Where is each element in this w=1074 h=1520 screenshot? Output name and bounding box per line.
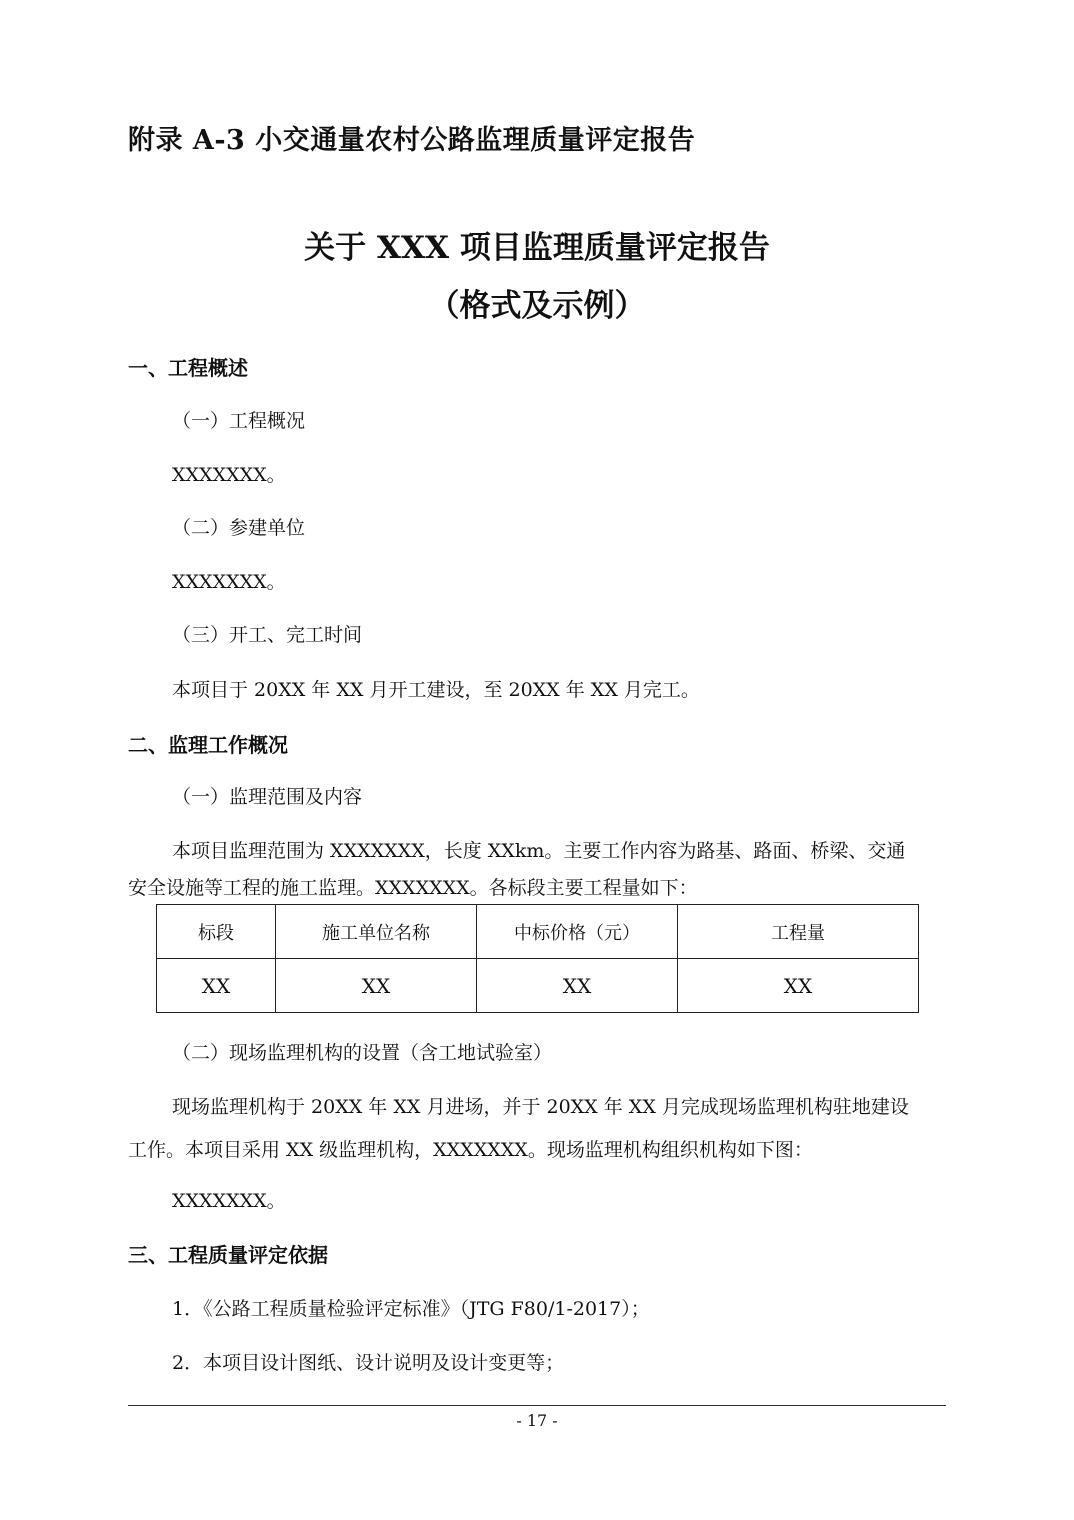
appendix-title: 附录 A-3 小交通量农村公路监理质量评定报告 <box>128 118 695 157</box>
table-cell: XX <box>678 959 919 1013</box>
subsection-heading-1-3: （三）开工、完工时间 <box>172 620 362 647</box>
page-number: - 17 - <box>0 1411 1074 1430</box>
table-header: 标段 <box>157 905 276 959</box>
paragraph-1-1: XXXXXXX。 <box>172 460 286 487</box>
subsection-heading-1-2: （二）参建单位 <box>172 513 305 540</box>
paragraph-2-2-line2: 工作。本项目采用 XX 级监理机构，XXXXXXX。现场监理机构组织机构如下图： <box>128 1135 813 1162</box>
section-heading-2: 二、监理工作概况 <box>128 729 288 758</box>
table-cell: XX <box>157 959 276 1013</box>
table-row: XX XX XX XX <box>157 959 919 1013</box>
table-header: 施工单位名称 <box>276 905 477 959</box>
paragraph-2-1-line2: 安全设施等工程的施工监理。XXXXXXX。各标段主要工程量如下： <box>128 873 698 900</box>
section-heading-3: 三、工程质量评定依据 <box>128 1239 328 1268</box>
section-heading-1: 一、工程概述 <box>128 352 248 381</box>
paragraph-1-3: 本项目于 20XX 年 XX 月开工建设，至 20XX 年 XX 月完工。 <box>172 675 700 702</box>
table-header: 中标价格（元） <box>477 905 678 959</box>
basis-item-2: 2．本项目设计图纸、设计说明及设计变更等； <box>172 1348 564 1375</box>
table-header-row: 标段 施工单位名称 中标价格（元） 工程量 <box>157 905 919 959</box>
table-header: 工程量 <box>678 905 919 959</box>
paragraph-1-2: XXXXXXX。 <box>172 567 286 594</box>
subsection-heading-2-2: （二）现场监理机构的设置（含工地试验室） <box>172 1038 552 1065</box>
subsection-heading-2-1: （一）监理范围及内容 <box>172 782 362 809</box>
footer-divider <box>128 1405 946 1406</box>
paragraph-2-2-line1: 现场监理机构于 20XX 年 XX 月进场，并于 20XX 年 XX 月完成现场… <box>172 1092 909 1119</box>
table-cell: XX <box>477 959 678 1013</box>
paragraph-2-2-line3: XXXXXXX。 <box>172 1186 286 1213</box>
table-cell: XX <box>276 959 477 1013</box>
document-subtitle: （格式及示例） <box>0 280 1074 325</box>
document-title: 关于 XXX 项目监理质量评定报告 <box>0 222 1074 267</box>
paragraph-2-1-line1: 本项目监理范围为 XXXXXXX，长度 XXkm。主要工作内容为路基、路面、桥梁… <box>172 836 905 863</box>
works-table: 标段 施工单位名称 中标价格（元） 工程量 XX XX XX XX <box>156 904 919 1013</box>
basis-item-1: 1．《公路工程质量检验评定标准》（JTG F80/1-2017）； <box>172 1294 650 1321</box>
subsection-heading-1-1: （一）工程概况 <box>172 406 305 433</box>
